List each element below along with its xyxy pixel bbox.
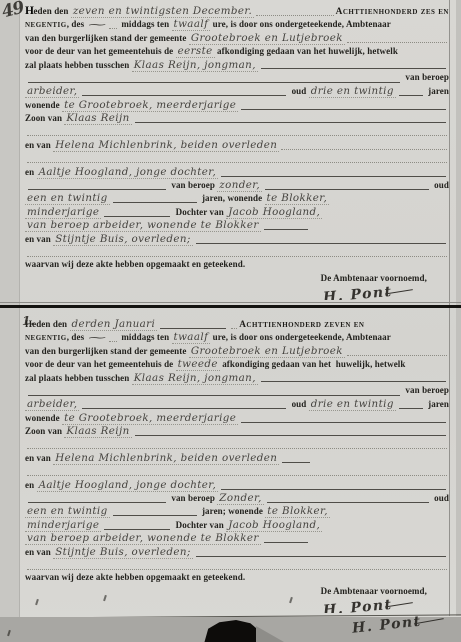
hand-drawn-rule [82,404,286,409]
hand-drawn-rule [399,91,423,96]
handwritten-text: Helena Michlenbrink, beiden overleden [53,139,279,152]
dotted-guide-line [281,145,447,150]
form-line: negentig, des ~ middags ten twaalf ure, … [25,18,449,31]
form-line: een en twintig jaren; wonende te Blokker… [25,505,449,518]
printed-text: Dochter van [173,207,226,217]
hand-drawn-rule [160,324,226,329]
handwritten-text: derden Januari [70,318,158,331]
handwritten-text: drie en twintig [309,85,396,98]
handwritten-text: eerste [176,45,215,58]
hand-drawn-rule [267,498,429,503]
record-divider [0,305,461,308]
form-line: arbeider, oud drie en twintig jaren [25,85,449,98]
printed-text: wonende [25,413,62,423]
handwritten-text: minderjarige [25,519,101,532]
printed-text: oud [432,180,449,190]
handwritten-text: een en twintig [25,192,110,205]
form-line: van den burgerlijken stand der gemeente … [25,32,449,45]
hand-drawn-rule [221,485,446,490]
form-line: Heden den zeven en twintigsten December.… [25,5,449,18]
printed-text: jaren [426,86,449,96]
dotted-guide-line [109,24,117,29]
dotted-guide-line [27,444,447,449]
printed-text: zal plaats hebben tusschen [25,60,132,70]
hand-drawn-rule [221,172,446,177]
record-entry-first-announcement: Heden den zeven en twintigsten December.… [25,5,449,300]
handwritten-text: Zonder, [217,492,264,505]
handwritten-text: arbeider, [25,398,79,411]
handwritten-text: Aaltje Hoogland, jonge dochter, [37,166,219,179]
form-line: en Aaltje Hoogland, jonge dochter, [25,166,449,179]
handwritten-text: Klaas Reijn, jongman, [132,372,258,385]
printed-text: waarvan wij deze akte hebben opgemaakt e… [25,572,245,582]
left-margin [0,0,20,617]
handwritten-text: te Grootebroek, meerderjarige [62,412,238,425]
form-line: een en twintig jaren, wonende te Blokker… [25,192,449,205]
record-entry-second-announcement: Heden den derden JanuariAchttienhonderd … [25,318,449,613]
record-number-49: 49 [0,0,26,22]
printed-text: afkondiging gedaan van het huwelijk, het… [215,46,398,56]
handwritten-text: arbeider, [25,85,79,98]
handwritten-text: te Blokker, [265,505,330,518]
form-line: van beroep [25,72,449,85]
hand-drawn-rule [264,538,308,543]
record-divider-thin [0,302,461,303]
form-line: en van Stijntje Buis, overleden; [25,546,449,559]
heavy-initial: H [25,5,33,17]
handwritten-text: Helena Michlenbrink, beiden overleden [53,452,279,465]
hand-drawn-rule [241,105,446,110]
flourish-mark: ~ [86,333,108,344]
form-line [25,439,449,452]
hand-drawn-rule [282,458,310,463]
handwritten-text: Klaas Reijn, jongman, [132,59,258,72]
printed-text: van den burgerlijken stand der gemeente [25,33,189,43]
form-line: De Ambtenaar voornoemd, [25,586,449,599]
signature: H. Pont [323,599,414,612]
dotted-guide-line [27,252,447,257]
form-line: wonende te Grootebroek, meerderjarige [25,99,449,112]
right-rule [449,0,450,616]
printed-text: van den burgerlijken stand der gemeente [25,346,189,356]
dotted-guide-line [231,324,237,329]
printed-text: Zoon van [25,113,64,123]
printed-text: Dochter van [173,520,226,530]
printed-text: van beroep [403,72,449,82]
handwritten-text: Jacob Hoogland, [226,519,322,532]
dotted-guide-line [27,131,447,136]
hand-drawn-rule [135,118,446,123]
dotted-guide-line [347,38,447,43]
form-line: van den burgerlijken stand der gemeente … [25,345,449,358]
form-line: Zoon van Klaas Reijn [25,425,449,438]
dotted-guide-line [256,11,333,16]
dotted-guide-line [109,337,117,342]
handwritten-text: Klaas Reijn [64,112,131,125]
form-line: en Aaltje Hoogland, jonge dochter, [25,479,449,492]
form-line [25,246,449,259]
printed-text: ure, is door ons ondergeteekende, Ambten… [210,19,391,29]
hand-drawn-rule [261,377,446,382]
form-line: voor de deur van het gemeentehuis de twe… [25,358,449,371]
printed-text: De Ambtenaar voornoemd, [321,273,427,283]
printed-text: en [25,480,37,490]
printed-text: Zoon van [25,426,64,436]
printed-text: en van [25,547,53,557]
handwritten-text: Klaas Reijn [64,425,131,438]
printed-text: en van [25,453,53,463]
handwritten-text: Grootebroek en Lutjebroek [189,345,345,358]
signature: H. Pont [323,286,414,299]
form-line: voor de deur van het gemeentehuis de eer… [25,45,449,58]
form-line [25,152,449,165]
handwritten-text: te Blokker, [265,192,330,205]
flourish-mark: ~ [86,20,108,31]
printed-text: waarvan wij deze akte hebben opgemaakt e… [25,259,245,269]
form-line: zal plaats hebben tusschen Klaas Reijn, … [25,372,449,385]
form-line: Zoon van Klaas Reijn [25,112,449,125]
hand-drawn-rule [28,78,400,83]
printed-smallcaps: negentig [25,20,67,30]
printed-text: De Ambtenaar voornoemd, [321,586,427,596]
hand-drawn-rule [265,185,429,190]
printed-text: voor de deur van het gemeentehuis de [25,359,176,369]
form-line: van beroep [25,385,449,398]
printed-text: jaren; wonende [200,506,266,516]
printed-text: voor de deur van het gemeentehuis de [25,46,176,56]
hand-drawn-rule [113,198,197,203]
handwritten-text: Grootebroek en Lutjebroek [189,32,345,45]
printed-text: afkondiging gedaan van het huwelijk, het… [220,359,406,369]
printed-text: ure, is door ons ondergeteekende, Ambten… [210,332,391,342]
dotted-guide-line [347,351,447,356]
handwritten-text: Stijntje Buis, overleden; [53,233,193,246]
form-line: zal plaats hebben tusschen Klaas Reijn, … [25,59,449,72]
handwritten-text: drie en twintig [309,398,396,411]
form-line: van beroep arbeider, wonende te Blokker [25,219,449,232]
hand-drawn-rule [104,212,170,217]
form-line: waarvan wij deze akte hebben opgemaakt e… [25,572,449,585]
handwritten-text: van beroep arbeider, wonende te Blokker [25,219,261,232]
printed-text: jaren [426,399,449,409]
hand-drawn-rule [264,225,308,230]
hand-drawn-rule [113,511,197,516]
form-line: wonende te Grootebroek, meerderjarige [25,412,449,425]
form-line: en van Helena Michlenbrink, beiden overl… [25,139,449,152]
hand-drawn-rule [82,91,286,96]
handwritten-text: zonder, [217,179,262,192]
form-line [25,465,449,478]
paper-right-edge [456,0,461,616]
printed-text: en van [25,140,53,150]
printed-text: Heden den [25,319,70,329]
printed-text: van beroep [169,180,217,190]
printed-text: eden den [33,6,70,16]
hand-drawn-rule [196,552,446,557]
dotted-guide-line [27,158,447,163]
handwritten-text: twaalf [172,18,211,31]
handwritten-text: tweede [176,358,220,371]
printed-text: middags ten [119,19,172,29]
printed-text: van beroep [403,385,449,395]
form-line: negentig, des ~ middags ten twaalf ure, … [25,331,449,344]
handwritten-text: Jacob Hoogland, [226,206,322,219]
printed-text: van beroep [169,493,217,503]
handwritten-text: twaalf [172,331,211,344]
document-scan: 49 1. Heden den zeven en twintigsten Dec… [0,0,461,642]
handwritten-text: minderjarige [25,206,101,219]
printed-text: jaren, wonende [200,193,265,203]
form-line: waarvan wij deze akte hebben opgemaakt e… [25,259,449,272]
printed-smallcaps: negentig [25,333,67,343]
printed-smallcaps: Achttienhonderd zeven en [239,320,364,330]
printed-text: oud [289,399,309,409]
hand-drawn-rule [28,498,166,503]
form-line: minderjarige Dochter van Jacob Hoogland, [25,519,449,532]
handwritten-text: een en twintig [25,505,110,518]
form-line: H. Pont [25,286,449,299]
printed-text: , des [67,19,87,29]
printed-text: middags ten [119,332,172,342]
hand-drawn-rule [241,418,446,423]
hand-drawn-rule [28,391,400,396]
hand-drawn-rule [104,525,170,530]
printed-text: en [25,167,37,177]
dotted-guide-line [27,565,447,570]
form-line: H. Pont [25,599,449,612]
form-line: en van Stijntje Buis, overleden; [25,233,449,246]
handwritten-text: Stijntje Buis, overleden; [53,546,193,559]
handwritten-text: te Grootebroek, meerderjarige [62,99,238,112]
hand-drawn-rule [399,404,423,409]
form-line: arbeider, oud drie en twintig jaren [25,398,449,411]
hand-drawn-rule [196,239,446,244]
handwritten-text: zeven en twintigsten December. [71,5,254,18]
printed-text: , des [67,332,87,342]
form-line [25,126,449,139]
printed-smallcaps: Achttienhonderd zes en [336,7,449,17]
printed-text: oud [289,86,309,96]
dotted-guide-line [27,471,447,476]
form-line: De Ambtenaar voornoemd, [25,273,449,286]
handwritten-text: Aaltje Hoogland, jonge dochter, [37,479,219,492]
printed-text: oud [432,493,449,503]
hand-drawn-rule [261,64,446,69]
form-line: minderjarige Dochter van Jacob Hoogland, [25,206,449,219]
form-line: van beroep Zonder, oud [25,492,449,505]
form-line: en van Helena Michlenbrink, beiden overl… [25,452,449,465]
handwritten-text: van beroep arbeider, wonende te Blokker [25,532,261,545]
form-line [25,559,449,572]
printed-text: wonende [25,100,62,110]
form-line: van beroep arbeider, wonende te Blokker [25,532,449,545]
printed-text: zal plaats hebben tusschen [25,373,132,383]
form-line: Heden den derden JanuariAchttienhonderd … [25,318,449,331]
printed-text: en van [25,234,53,244]
hand-drawn-rule [28,185,166,190]
form-line: van beroep zonder, oud [25,179,449,192]
hand-drawn-rule [135,431,446,436]
